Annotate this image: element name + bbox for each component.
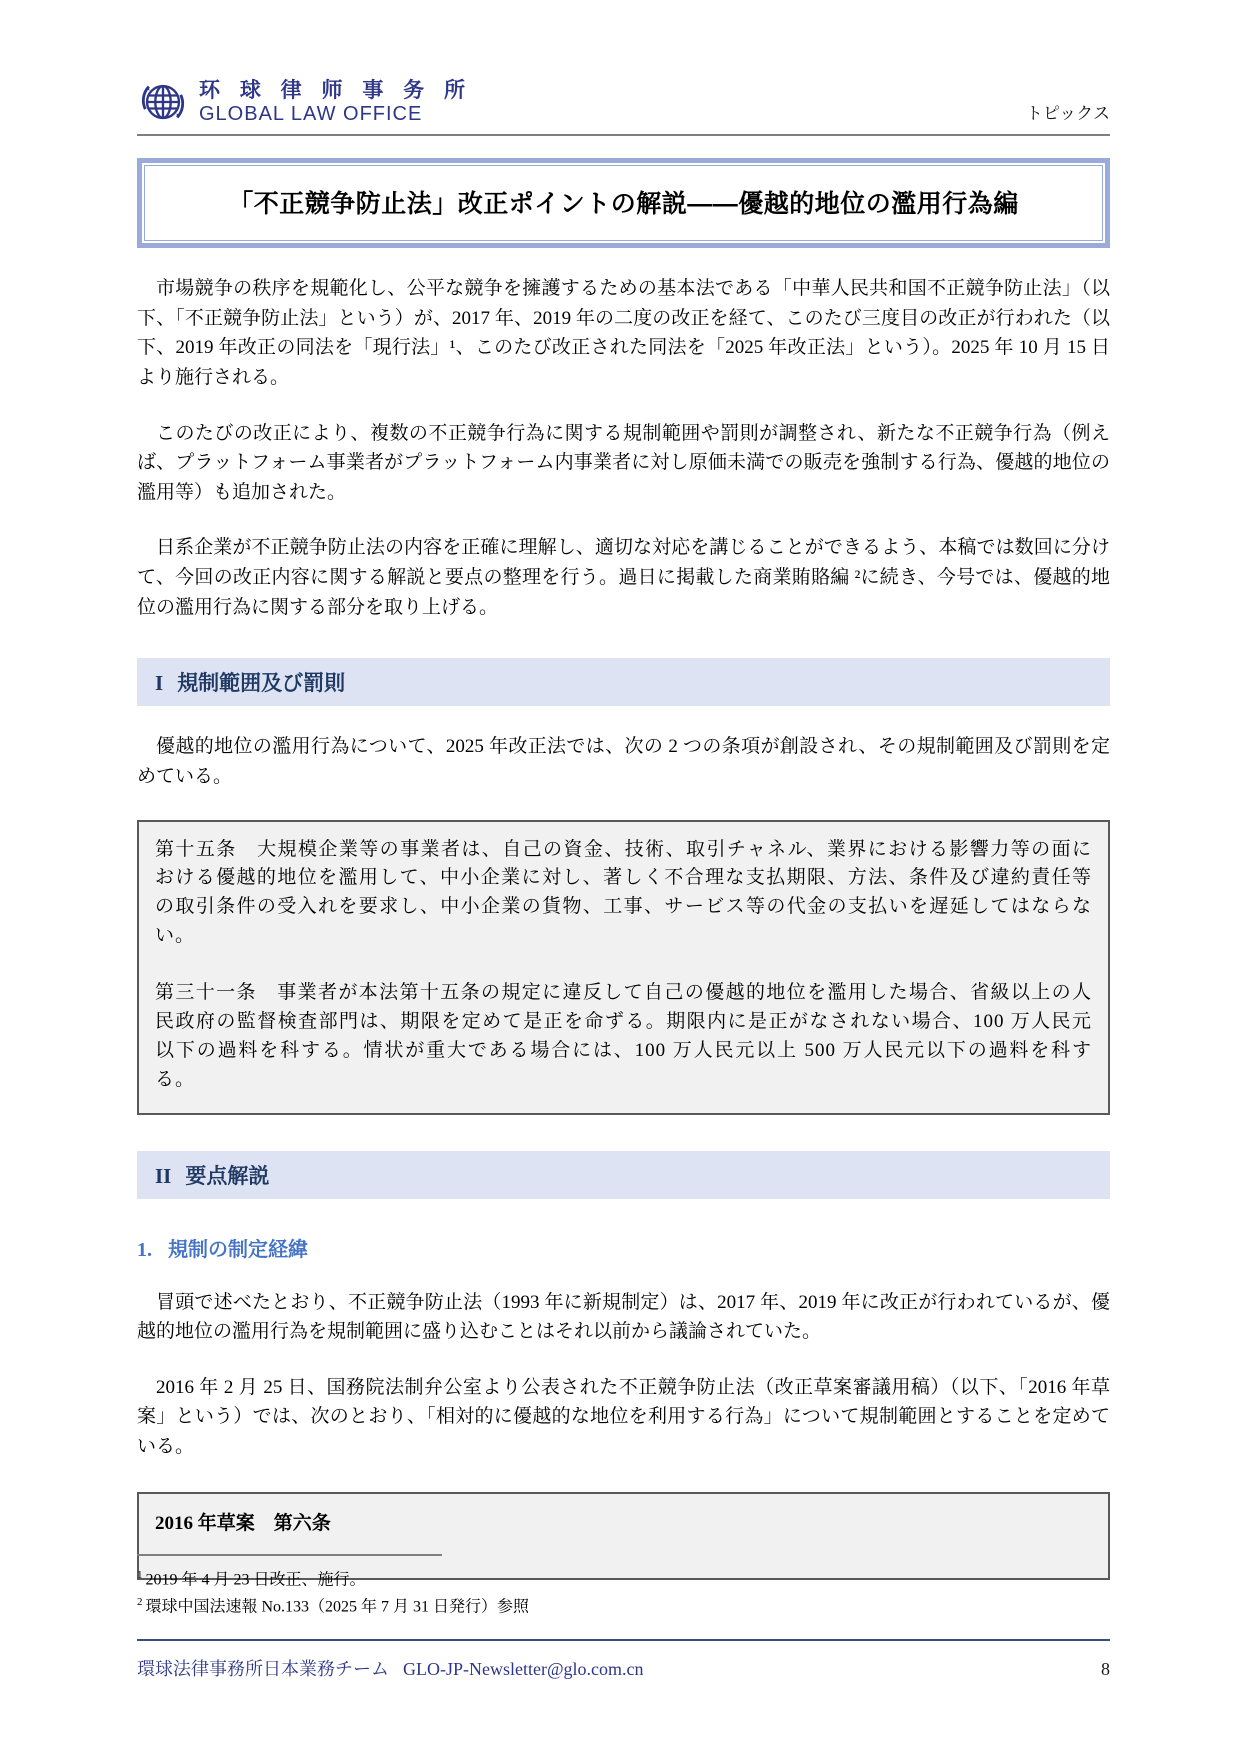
article-15-text: 第十五条 大規模企業等の事業者は、自己の資金、技術、取引チャネル、業界における影…: [155, 836, 1092, 952]
footnote-2: 2環球中国法速報 No.133（2025 年 7 月 31 日発行）参照: [137, 1593, 1110, 1621]
globe-icon: [137, 76, 189, 128]
law-articles-quote-box: 第十五条 大規模企業等の事業者は、自己の資金、技術、取引チャネル、業界における影…: [137, 820, 1110, 1115]
topics-label: トピックス: [1026, 99, 1110, 128]
header-divider: [137, 134, 1110, 136]
intro-paragraph-1: 市場競争の秩序を規範化し、公平な競争を擁護するための基本法である「中華人民共和国…: [137, 274, 1110, 393]
page-number: 8: [1101, 1659, 1110, 1680]
subsection-1-heading: 1.規制の制定経緯: [137, 1233, 1110, 1262]
footnote-1-text: 2019 年 4 月 23 日改正、施行。: [146, 1571, 366, 1588]
section-2-numeral: II: [155, 1164, 171, 1188]
section-1-lead-paragraph: 優越的地位の濫用行為について、2025 年改正法では、次の 2 つの条項が創設さ…: [137, 732, 1110, 791]
footer-newsletter-email: GLO-JP-Newsletter@glo.com.cn: [403, 1659, 644, 1679]
page-header: 环 球 律 师 事 务 所 GLOBAL LAW OFFICE トピックス: [137, 0, 1110, 128]
article-31-text: 第三十一条 事業者が本法第十五条の規定に違反して自己の優越的地位を濫用した場合、…: [155, 979, 1092, 1095]
section-2-heading: II要点解説: [137, 1151, 1110, 1199]
section-2-title: 要点解説: [185, 1165, 269, 1188]
footnotes: 12019 年 4 月 23 日改正、施行。 2環球中国法速報 No.133（2…: [137, 1554, 1110, 1621]
title-box-inner: 「不正競争防止法」改正ポイントの解説——優越的地位の濫用行為編: [144, 165, 1103, 241]
global-law-office-logo: 环 球 律 师 事 务 所 GLOBAL LAW OFFICE: [137, 76, 472, 128]
title-box: 「不正競争防止法」改正ポイントの解説——優越的地位の濫用行為編: [137, 158, 1110, 248]
logo-english-name: GLOBAL LAW OFFICE: [199, 103, 472, 125]
footnote-2-marker: 2: [137, 1596, 143, 1608]
intro-paragraph-2: このたびの改正により、複数の不正競争行為に関する規制範囲や罰則が調整され、新たな…: [137, 419, 1110, 508]
document-page: 环 球 律 师 事 务 所 GLOBAL LAW OFFICE トピックス 「不…: [0, 0, 1239, 1753]
section-2-paragraph-1: 冒頭で述べたとおり、不正競争防止法（1993 年に新規制定）は、2017 年、2…: [137, 1288, 1110, 1347]
footnote-1: 12019 年 4 月 23 日改正、施行。: [137, 1566, 1110, 1594]
subsection-1-number: 1.: [137, 1239, 152, 1261]
footer-divider: [137, 1639, 1110, 1641]
footnote-2-text: 環球中国法速報 No.133（2025 年 7 月 31 日発行）参照: [146, 1599, 530, 1616]
footnote-separator: [137, 1554, 442, 1556]
section-1-title: 規制範囲及び罰則: [177, 672, 345, 695]
section-2-paragraph-2: 2016 年 2 月 25 日、国務院法制弁公室より公表された不正競争防止法（改…: [137, 1373, 1110, 1462]
intro-paragraph-3: 日系企業が不正競争防止法の内容を正確に理解し、適切な対応を講じることができるよう…: [137, 533, 1110, 622]
section-1-heading: I規制範囲及び罰則: [137, 658, 1110, 706]
logo-chinese-name: 环 球 律 师 事 务 所: [199, 79, 472, 102]
document-title: 「不正競争防止法」改正ポイントの解説——優越的地位の濫用行為編: [228, 190, 1019, 218]
footer-team-name: 環球法律事務所日本業務チーム: [137, 1659, 389, 1679]
footnote-1-marker: 1: [137, 1569, 143, 1581]
subsection-1-title: 規制の制定経緯: [168, 1239, 308, 1261]
page-footer: 環球法律事務所日本業務チームGLO-JP-Newsletter@glo.com.…: [137, 1639, 1110, 1681]
draft-2016-box-title: 2016 年草案 第六条: [155, 1508, 1092, 1535]
section-1-numeral: I: [155, 671, 163, 695]
